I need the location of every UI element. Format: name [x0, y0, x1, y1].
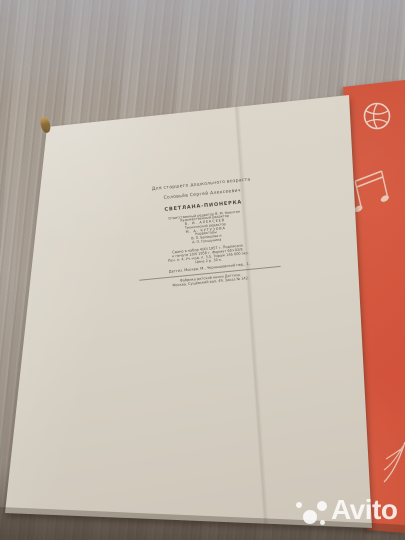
avito-dot-icon [303, 510, 317, 524]
avito-dot-icon [317, 501, 327, 511]
avito-label: Avito [331, 494, 397, 526]
photo-of-booklet: Для старшего дошкольного возраста Соловь… [0, 0, 405, 540]
avito-dot-icon [320, 520, 325, 525]
avito-dot-icon [296, 502, 302, 508]
colophon-block: Для старшего дошкольного возраста Соловь… [103, 173, 308, 294]
avito-watermark: Avito [294, 497, 405, 540]
